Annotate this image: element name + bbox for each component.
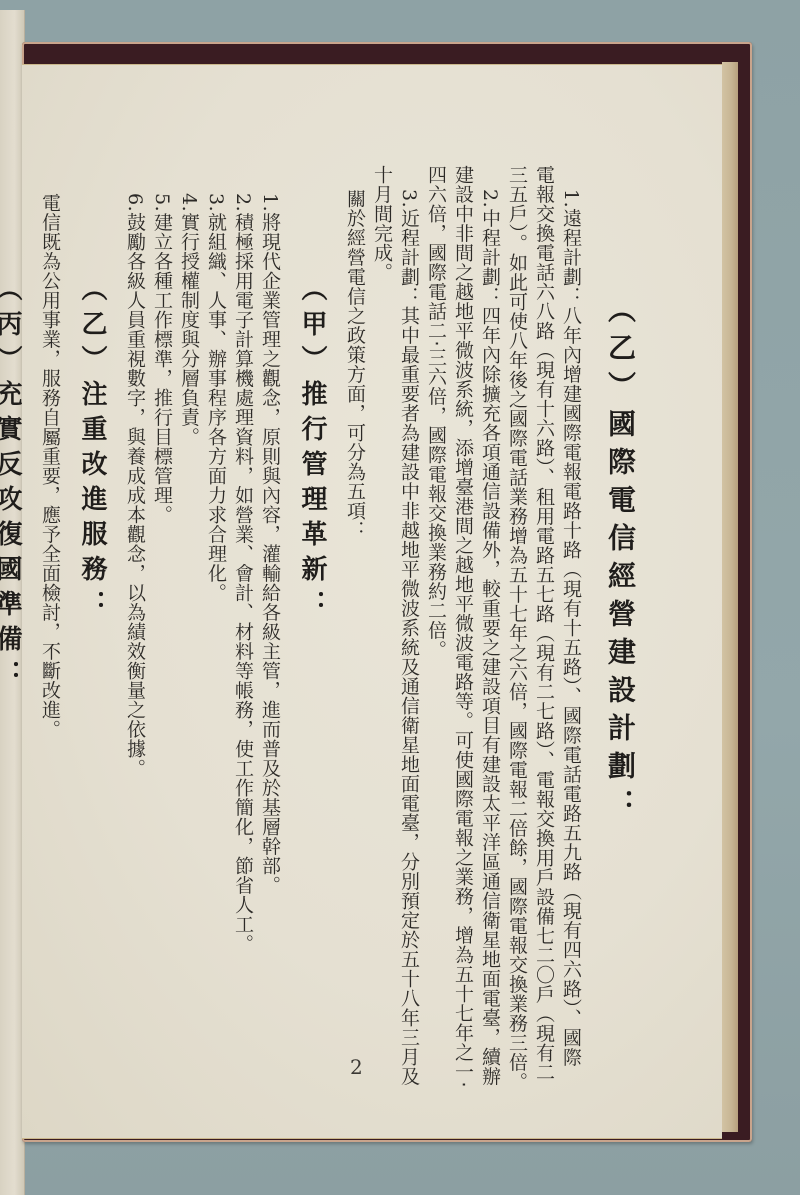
page-stack-edge	[722, 62, 738, 1132]
jia-item-1: 1.將現代企業管理之觀念，原則與內容，灌輸給各級主管，進而普及於基層幹部。	[256, 193, 283, 1125]
section-yi-title: （乙）注重改進服務：	[69, 275, 115, 1125]
jia-item-2: 2.積極採用電子計算機處理資料，如營業、會計、材料等帳務，使工作簡化，節省人工。	[229, 193, 256, 1125]
short-term-plan-line-1: 3.近程計劃：其中最重要者為建設中非越地平微波系統及通信衛星地面電臺，分別預定於…	[395, 189, 422, 1125]
section-yi-body: 電信既為公用事業，服務自屬重要，應予全面檢討，不斷改進。	[36, 193, 63, 1125]
book-page: （乙）國際電信經營建設計劃： 1.遠程計劃：八年內增建國際電報電路十路（現有十五…	[22, 64, 722, 1139]
long-term-plan-line-3: 三五戶）。如此可使八年後之國際電話業務增為五十七年之六倍，國際電報二倍餘，國際電…	[503, 165, 530, 1125]
mid-term-plan-line-2: 建設中非間之越地平微波系統，添增臺港間之越地平微波電路等。可使國際電報之業務，增…	[449, 165, 476, 1125]
section-bing-title: （丙）充實反攻復國準備：	[0, 275, 30, 1125]
section-heading-international-plan: （乙）國際電信經營建設計劃：	[598, 295, 642, 1125]
policy-intro: 關於經營電信之政策方面，可分為五項：	[341, 189, 368, 1125]
jia-item-6: 6.鼓勵各級人員重視數字，與養成成本觀念，以為績效衡量之依據。	[121, 193, 148, 1125]
vertical-text-body: （乙）國際電信經營建設計劃： 1.遠程計劃：八年內增建國際電報電路十路（現有十五…	[22, 165, 642, 1125]
mid-term-plan-line-1: 2.中程計劃：四年內除擴充各項通信設備外，較重要之建設項目有建設太平洋區通信衛星…	[476, 189, 503, 1125]
page-number: 2	[350, 1055, 363, 1079]
jia-item-4: 4.實行授權制度與分層負責。	[175, 193, 202, 1125]
short-term-plan-line-2: 十月間完成。	[368, 165, 395, 1125]
long-term-plan-line-1: 1.遠程計劃：八年內增建國際電報電路十路（現有十五路）、國際電話電路五九路（現有…	[557, 189, 584, 1125]
mid-term-plan-line-3: 四六倍，國際電話二‧三六倍，國際電報交換業務約二倍。	[422, 165, 449, 1125]
jia-item-3: 3.就組織、人事、辦事程序各方面力求合理化。	[202, 193, 229, 1125]
long-term-plan-line-2: 電報交換電話六八路（現有十六路）、租用電路五七路（現有二七路）、電報交換用戶設備…	[530, 165, 557, 1125]
jia-item-5: 5.建立各種工作標準，推行目標管理。	[148, 193, 175, 1125]
section-jia-title: （甲）推行管理革新：	[289, 275, 335, 1125]
